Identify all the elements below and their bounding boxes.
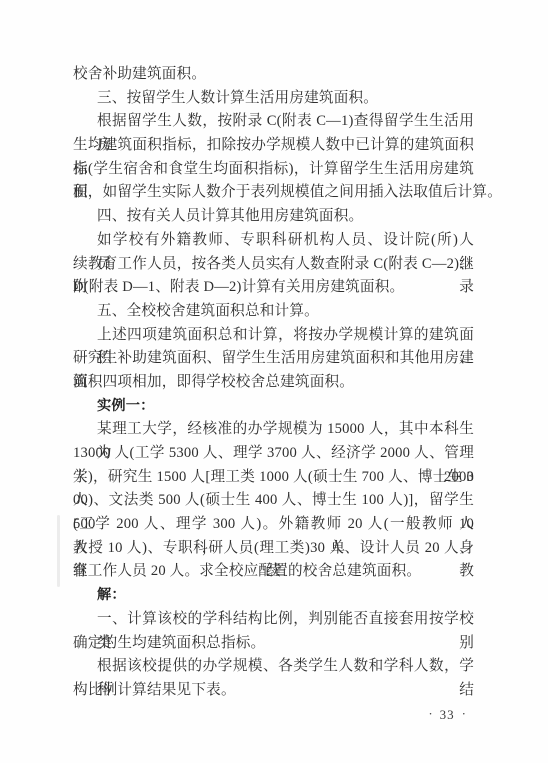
scan-artifact [57,515,60,587]
text-line: (工学 200 人、理学 300 人)。外籍教师 20 人(一般教师 10 人，… [73,513,474,537]
page-footer: ·33· [73,706,474,723]
text-line: 育工作人员 20 人。求全校应配置的校舍总建筑面积。 [73,560,474,584]
solution-heading: 解： [73,584,474,608]
document-page: 校舍补助建筑面积。 三、按留学生人数计算生活用房建筑面积。 根据留学生人数，按附… [0,0,548,763]
example-heading: 实例一： [73,395,474,419]
text-block: 校舍补助建筑面积。 三、按留学生人数计算生活用房建筑面积。 根据留学生人数，按附… [73,63,474,703]
text-line: 校舍补助建筑面积。 [73,63,474,87]
text-line: 人)、文法类 500 人(硕士生 400 人、博士生 100 人)]，留学生 5… [73,489,474,513]
text-line: 13000 人(工学 5300 人、理学 3700 人、经济学 2000 人、管… [73,442,474,466]
text-line: 人)，研究生 1500 人[理工类 1000 人(硕士生 700 人、博士生 3… [73,466,474,490]
footer-right-dot: · [462,706,466,721]
text-line: 根据该校提供的办学规模、各类学生人数和学科人数，学科结 [73,655,474,679]
text-line: 标(学生宿舍和食堂生均面积指标)，计算留学生生活用房建筑面 [73,158,474,182]
text-line: 根据留学生人数，按附录 C(附表 C—1)查得留学生生活用房 [73,110,474,134]
text-line: 上述四项建筑面积总和计算，将按办学规模计算的建筑面积、 [73,324,474,348]
section-heading-3: 三、按留学生人数计算生活用房建筑面积。 [73,87,474,111]
text-line: 研究生补助建筑面积、留学生生活用房建筑面积和其他用房建筑 [73,347,474,371]
text-line: 如学校有外籍教师、专职科研机构人员、设计院(所)人员、继 [73,229,474,253]
text-line: 积，如留学生实际人数介于表列规模值之间用插入法取值后计算。 [73,181,474,205]
section-heading-4: 四、按有关人员计算其他用房建筑面积。 [73,205,474,229]
text-line: 续教育工作人员，按各类人员实有人数查附录 C(附表 C—2)、附录 [73,253,474,277]
footer-left-dot: · [428,706,432,721]
text-line: 生均建筑面积指标，扣除按办学规模人数中已计算的建筑面积指 [73,134,474,158]
text-line: 教授 10 人)、专职科研人员(理工类)30 人、设计人员 20 人、继续教 [73,537,474,561]
page-number: 33 [440,707,455,723]
text-line: 面积四项相加，即得学校校舍总建筑面积。 [73,371,474,395]
section-heading-5: 五、全校校舍建筑面积总和计算。 [73,300,474,324]
text-line: 某理工大学，经核准的办学规模为 15000 人，其中本科生为 [73,418,474,442]
text-line: 一、计算该校的学科结构比例，判别能否直接套用按学校类别 [73,608,474,632]
